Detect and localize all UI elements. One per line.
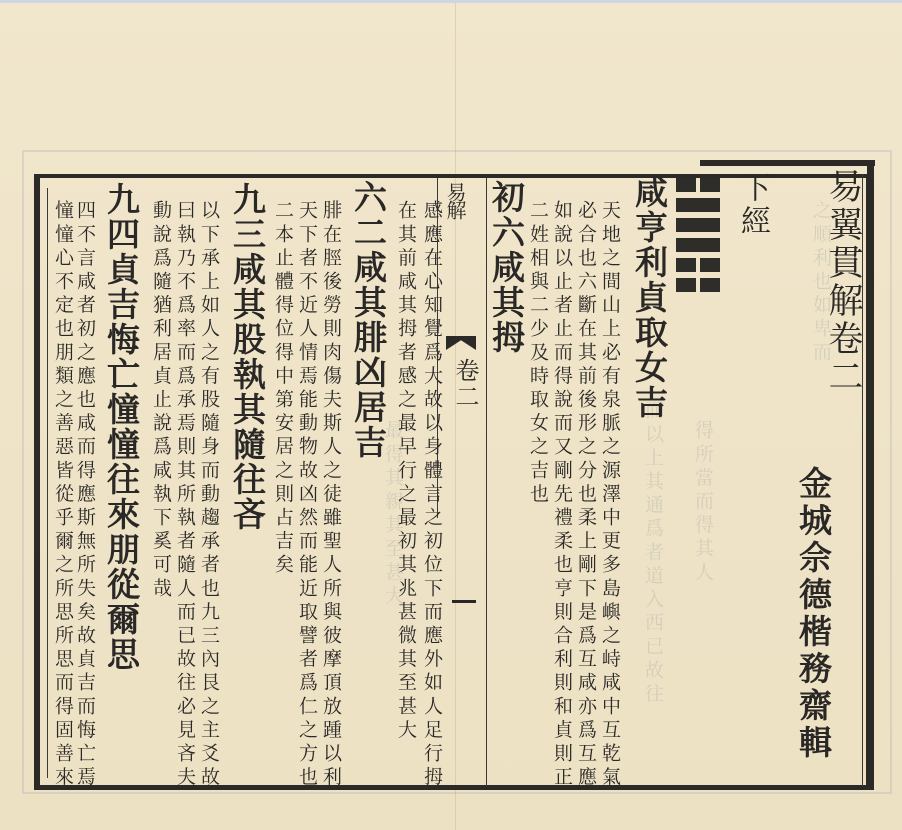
commentary-column: 憧憧心不定也朋類之善惡皆從乎爾之所思所思而得固善來: [50, 200, 76, 790]
book-title: 易翼貫解卷二: [818, 168, 868, 396]
commentary-column: 在其前咸其拇者感之最早行之最初其兆甚微其至甚大: [393, 200, 419, 743]
section-label: 下經: [730, 172, 774, 238]
line-heading-jiu-san: 九三咸其股執其隨往吝: [224, 182, 271, 532]
commentary-column: 如說以止者止而得說而又剛先禮柔也亨則合利則和貞則正: [549, 200, 575, 790]
commentary-column: 動說爲隨猶利居貞止說爲咸執下奚可哉: [148, 200, 174, 601]
line-heading-liu-er: 六二咸其腓凶居吉: [345, 180, 392, 460]
hexagram-judgment: 咸亨利貞取女吉: [626, 175, 673, 420]
commentary-column: 天下者不近人情焉能動物故凶然而能近取譬者爲仁之方也: [294, 200, 320, 790]
commentary-column: 以下承上如人之有股隨身而動趨承者也九三內艮之主爻故: [196, 200, 222, 790]
commentary-column: 感應在心知覺爲大故以身體言之初位下而應外如人足行拇: [419, 200, 445, 790]
line-heading-jiu-si: 九四貞吉悔亡憧憧往來朋從爾思: [98, 182, 145, 672]
inner-rule-left: [47, 188, 48, 778]
center-band-title: 易解: [441, 182, 470, 218]
center-band-page-number: [452, 600, 476, 603]
author-credit: 金城佘德楷務齋輯: [790, 466, 837, 762]
printed-border-notch: [700, 160, 875, 166]
center-band-rule: [486, 178, 487, 786]
commentary-column: 必合也六斷在其前後形之分也柔上剛下是爲互咸亦爲互應: [573, 200, 599, 790]
commentary-column: 腓在脛後勞則肉傷夫斯人之徒雖聖人所與彼摩頂放踵以利: [318, 200, 344, 790]
line-heading-chu-liu: 初六咸其拇: [483, 180, 530, 355]
commentary-column: 二本止體得位得中第安居之則占吉矣: [270, 200, 296, 578]
commentary-column: 天地之間山上必有泉脈之源澤中更多島嶼之峙咸中互乾氣: [597, 200, 623, 790]
center-band-volume: 卷二: [448, 358, 483, 410]
hexagram-xian-icon: [676, 178, 720, 298]
commentary-column: 曰執乃不爲率而爲承焉則其所執者隨人而已故往必見吝夫: [172, 200, 198, 790]
